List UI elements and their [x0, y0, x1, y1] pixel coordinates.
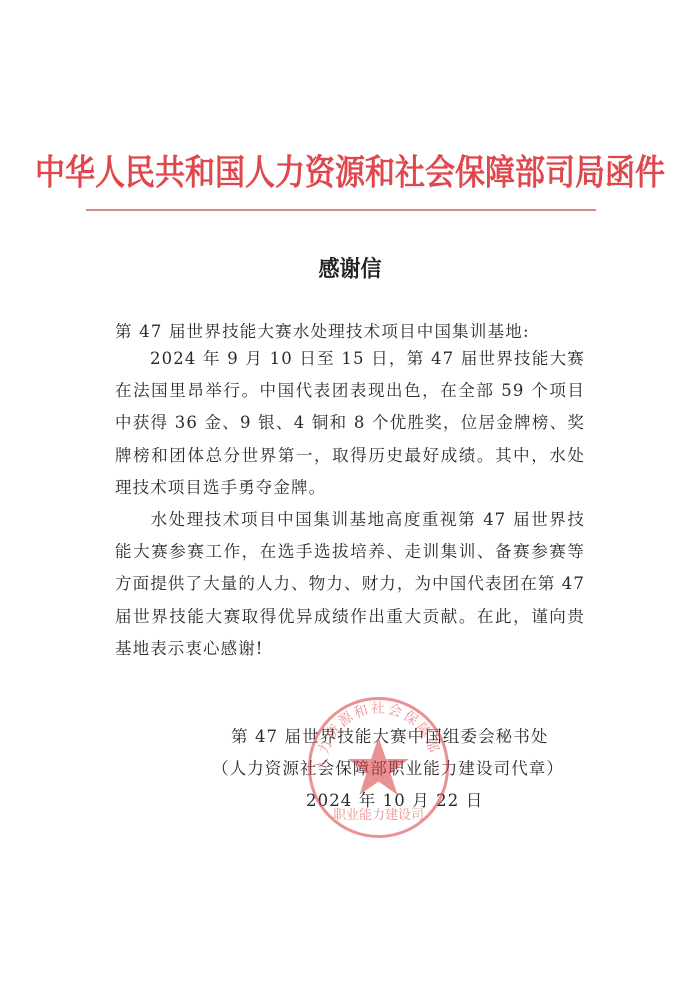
document-title: 感谢信 — [0, 252, 700, 284]
signature-seal-note: （人力资源社会保障部职业能力建设司代章） — [212, 755, 564, 779]
letterhead-divider — [86, 209, 596, 211]
signature-organization: 第 47 届世界技能大赛中国组委会秘书处 — [231, 723, 549, 747]
salutation: 第 47 届世界技能大赛水处理技术项目中国集训基地: — [115, 318, 530, 342]
body-paragraph-2-text: 水处理技术项目中国集训基地高度重视第 47 届世界技能大赛参赛工作，在选手选拔培… — [115, 510, 585, 658]
body-paragraph-1: 2024 年 9 月 10 日至 15 日，第 47 届世界技能大赛在法国里昂举… — [115, 343, 585, 504]
body-paragraph-2: 水处理技术项目中国集训基地高度重视第 47 届世界技能大赛参赛工作，在选手选拔培… — [115, 504, 585, 665]
signature-date: 2024 年 10 月 22 日 — [306, 787, 483, 811]
letterhead-title: 中华人民共和国人力资源和社会保障部司局函件 — [0, 143, 700, 195]
body-paragraph-1-text: 2024 年 9 月 10 日至 15 日，第 47 届世界技能大赛在法国里昂举… — [115, 349, 585, 497]
